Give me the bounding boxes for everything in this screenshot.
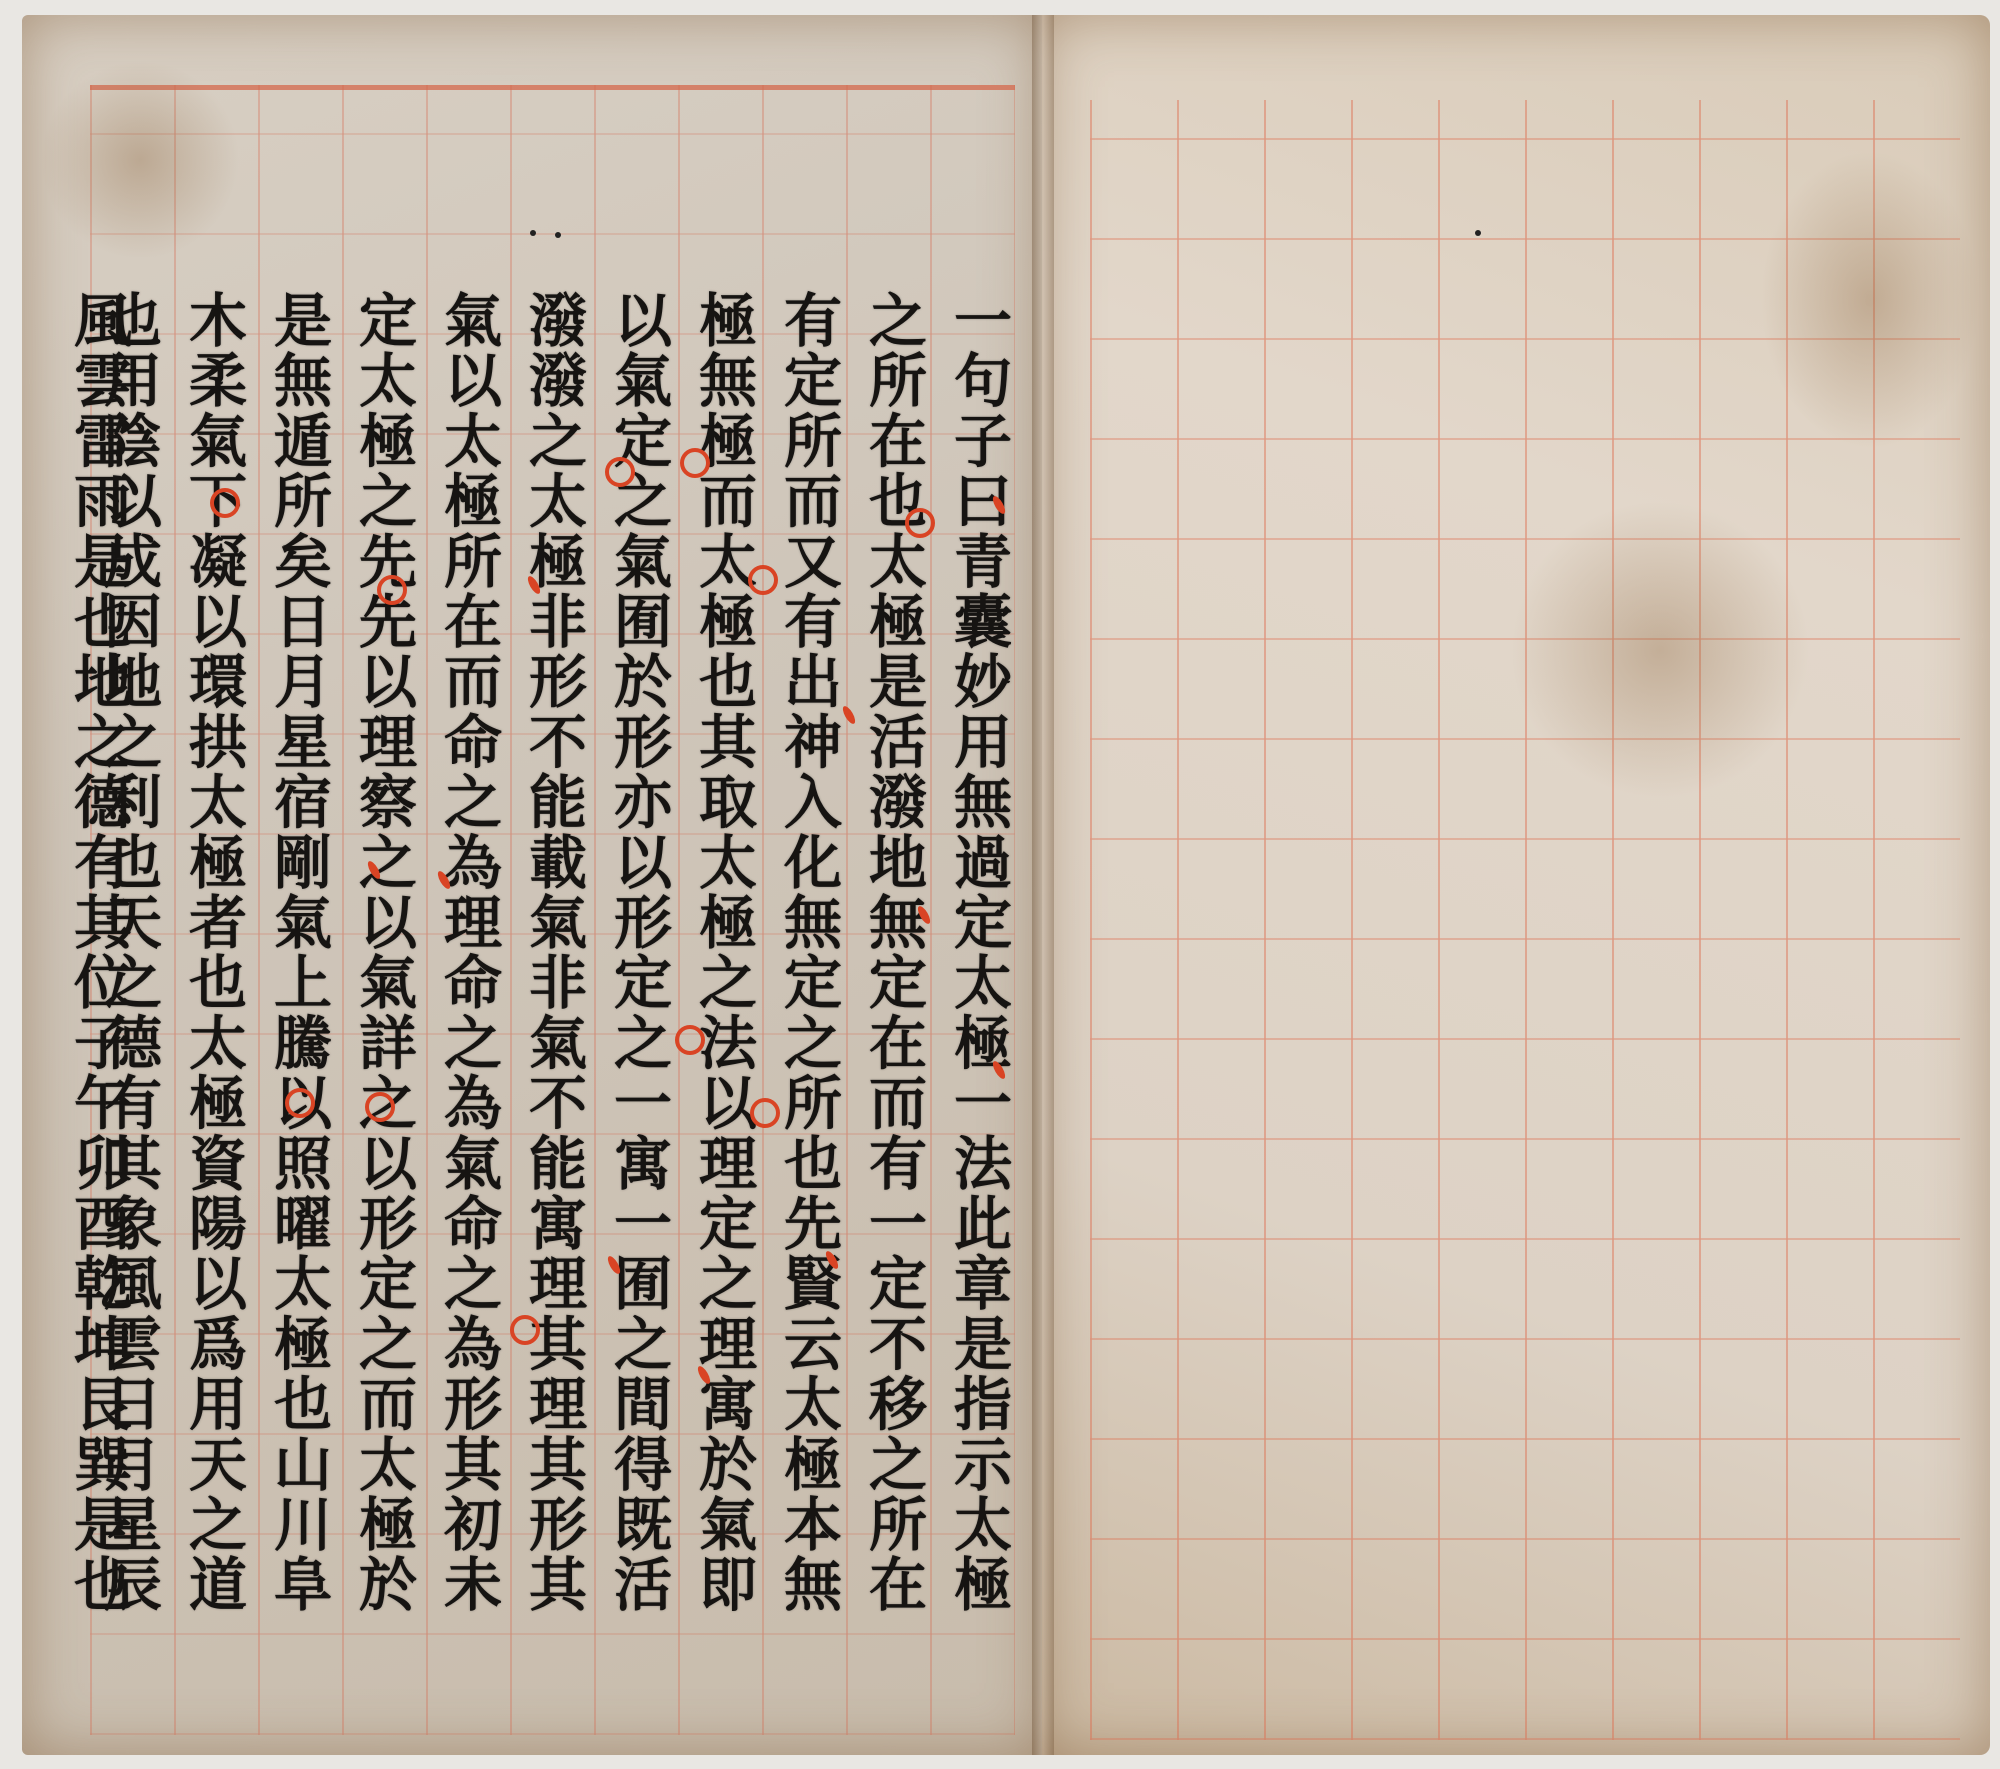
punctuation-circle	[675, 1025, 705, 1055]
paper-stain	[1760, 150, 1980, 450]
text-column-6: 潑潑之太極非形不能載氣非氣不能寓理其理其形其	[510, 290, 595, 1730]
text-column-8: 定太極之先先以理察之以氣詳之以形定之而太極於	[340, 290, 425, 1730]
punctuation-circle	[377, 575, 407, 605]
text-column-1: 一句子曰青囊妙用無過定太極一法此章是指示太極	[935, 290, 1020, 1730]
punctuation-circle	[750, 1098, 780, 1128]
ink-dot	[530, 230, 536, 236]
punctuation-circle	[748, 565, 778, 595]
paper-stain	[1510, 500, 1810, 800]
punctuation-circle	[905, 508, 935, 538]
left-page-top-rule	[90, 85, 1015, 90]
text-column-5: 以氣定之氣囿於形亦以形定之一寓一囿之間得既活	[595, 290, 680, 1730]
text-column-3: 有定所而又有出神入化無定之所也先賢云太極本無	[765, 290, 850, 1730]
manuscript-book: 一句子曰青囊妙用無過定太極一法此章是指示太極 之所在也太極是活潑地無定在而有一定…	[10, 0, 2000, 1769]
book-spine	[1032, 15, 1054, 1755]
text-column-12: 風雲雷雨是也地之德有其位子午卯酉乾坤艮巽是也	[55, 290, 140, 1614]
punctuation-circle	[680, 448, 710, 478]
text-column-4: 極無極而太極也其取太極之法以理定之理寓於氣即	[680, 290, 765, 1730]
text-column-7: 氣以太極所在而命之為理命之為氣命之為形其初未	[425, 290, 510, 1730]
text-column-12-wrap: 風雲雷雨是也地之德有其位子午卯酉乾坤艮巽是也	[55, 290, 140, 1730]
text-column-9: 是無遁所矣日月星宿剛氣上騰以照曜太極也山川阜	[255, 290, 340, 1730]
ink-dot	[555, 232, 561, 238]
punctuation-circle	[365, 1092, 395, 1122]
punctuation-circle	[210, 488, 240, 518]
paper-stain	[40, 60, 240, 260]
punctuation-circle	[605, 457, 635, 487]
punctuation-circle	[510, 1315, 540, 1345]
punctuation-circle	[285, 1088, 315, 1118]
text-column-2: 之所在也太極是活潑地無定在而有一定不移之所在	[850, 290, 935, 1730]
ink-dot	[1475, 230, 1481, 236]
